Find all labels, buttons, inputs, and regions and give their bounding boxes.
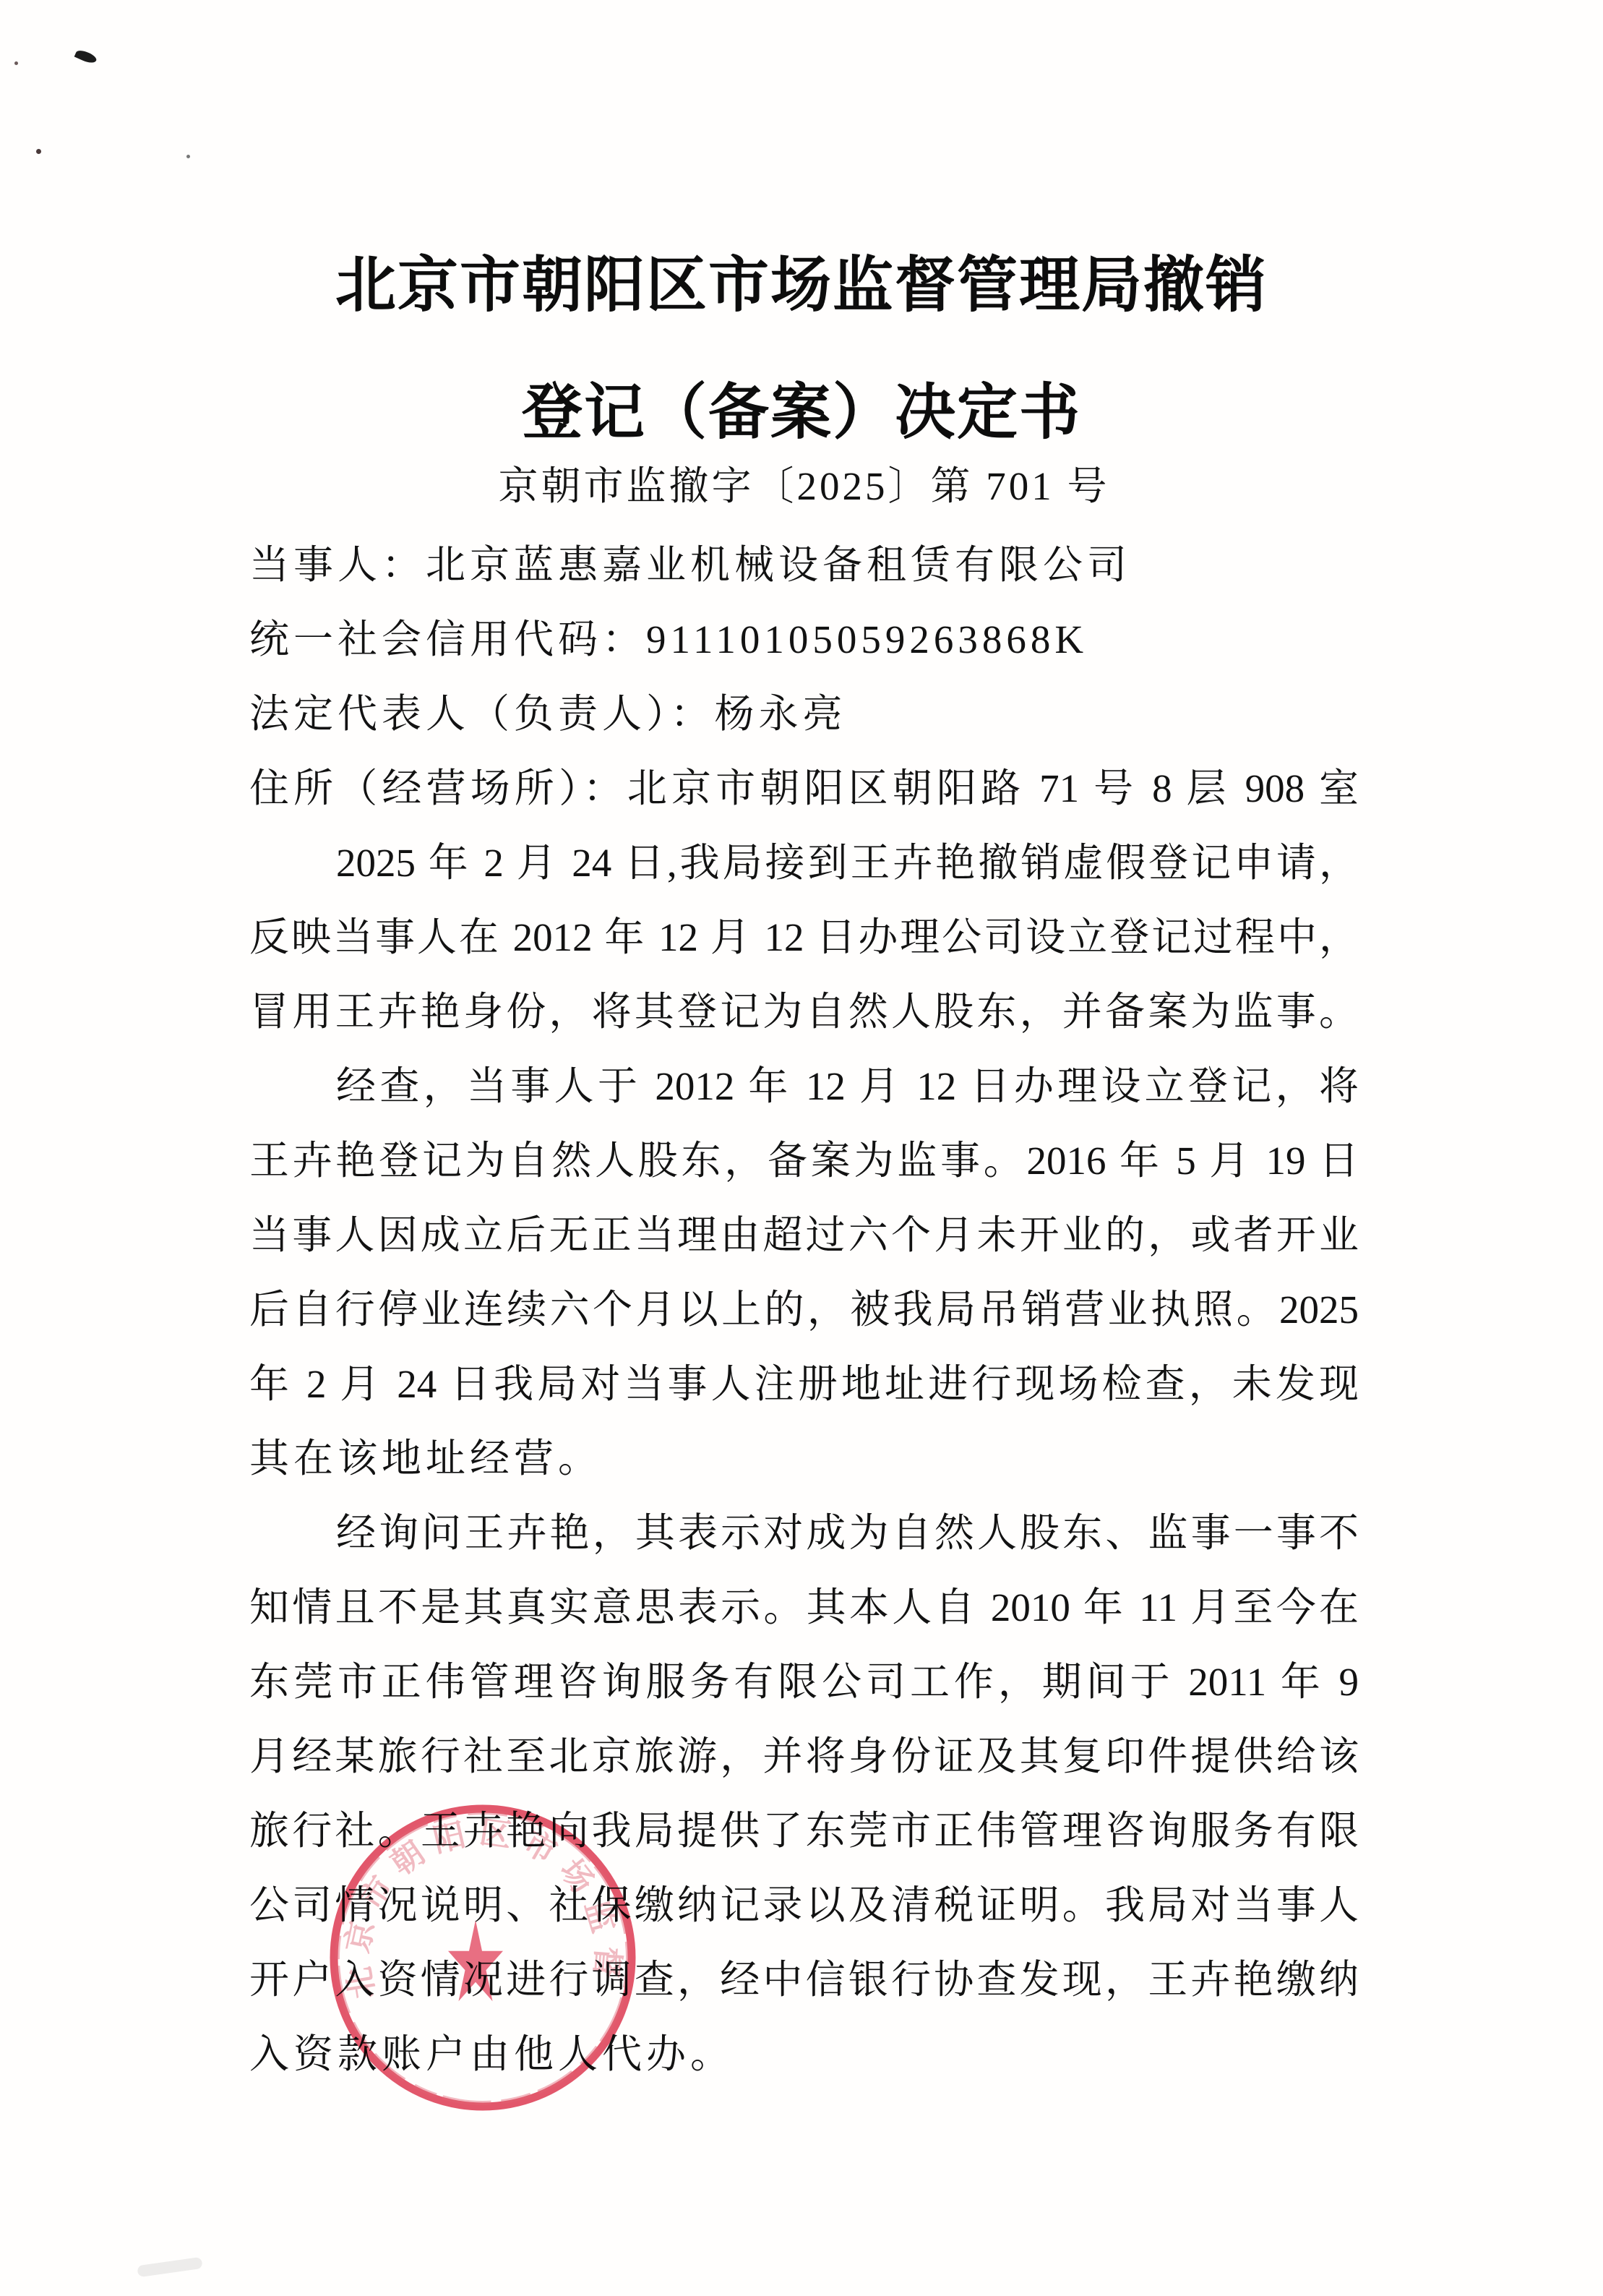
title-line-1: 北京市朝阳区市场监督管理局撤销 [0, 223, 1603, 350]
body-line: 入资款账户由他人代办。 [249, 2017, 1359, 2091]
body-line: 公司情况说明、社保缴纳记录以及清税证明。我局对当事人 [249, 1868, 1359, 1942]
body-line: 冒用王卉艳身份，将其登记为自然人股东，并备案为监事。 [249, 974, 1359, 1049]
body-line: 2025 年 2 月 24 日,我局接到王卉艳撤销虚假登记申请， [249, 826, 1359, 900]
body-line: 知情且不是其真实意思表示。其本人自 2010 年 11 月至今在 [249, 1570, 1359, 1645]
scan-artifact-mark [74, 48, 98, 65]
body-line: 后自行停业连续六个月以上的，被我局吊销营业执照。2025 [249, 1272, 1359, 1347]
scan-artifact-dot [14, 61, 18, 65]
scan-artifact-dot [186, 155, 190, 158]
body-line: 旅行社。王卉艳向我局提供了东莞市正伟管理咨询服务有限 [249, 1794, 1359, 1868]
body-line: 经查，当事人于 2012 年 12 月 12 日办理设立登记，将 [249, 1049, 1359, 1123]
document-page: 北京市朝阳区市场监督管理局撤销 登记（备案）决定书 京朝市监撤字〔2025〕第 … [0, 0, 1603, 2296]
body-line: 反映当事人在 2012 年 12 月 12 日办理公司设立登记过程中， [249, 900, 1359, 974]
scan-artifact-smudge [137, 2257, 202, 2277]
body-line: 东莞市正伟管理咨询服务有限公司工作，期间于 2011 年 9 [249, 1645, 1359, 1719]
body-line: 经询问王卉艳，其表示对成为自然人股东、监事一事不 [249, 1496, 1359, 1570]
body-line: 开户入资情况进行调查，经中信银行协查发现，王卉艳缴纳 [249, 1942, 1359, 2017]
scan-artifact-dot [36, 149, 41, 154]
body-line: 其在该地址经营。 [249, 1421, 1359, 1496]
body-line-address: 住所（经营场所）：北京市朝阳区朝阳路 71 号 8 层 908 室 [249, 751, 1359, 826]
body-line-credit-code: 统一社会信用代码：91110105059263868K [249, 602, 1359, 677]
body-text: 当事人：北京蓝惠嘉业机械设备租赁有限公司 统一社会信用代码：9111010505… [249, 528, 1359, 2091]
body-line-party: 当事人：北京蓝惠嘉业机械设备租赁有限公司 [249, 528, 1359, 602]
body-line: 当事人因成立后无正当理由超过六个月未开业的，或者开业 [249, 1198, 1359, 1272]
document-title: 北京市朝阳区市场监督管理局撤销 登记（备案）决定书 [0, 223, 1603, 477]
body-line: 年 2 月 24 日我局对当事人注册地址进行现场检查，未发现 [249, 1347, 1359, 1421]
body-line: 月经某旅行社至北京旅游，并将身份证及其复印件提供给该 [249, 1719, 1359, 1794]
body-line: 王卉艳登记为自然人股东，备案为监事。2016 年 5 月 19 日 [249, 1123, 1359, 1198]
body-line-legal-rep: 法定代表人（负责人）：杨永亮 [249, 677, 1359, 751]
document-number: 京朝市监撤字〔2025〕第 701 号 [249, 455, 1359, 518]
